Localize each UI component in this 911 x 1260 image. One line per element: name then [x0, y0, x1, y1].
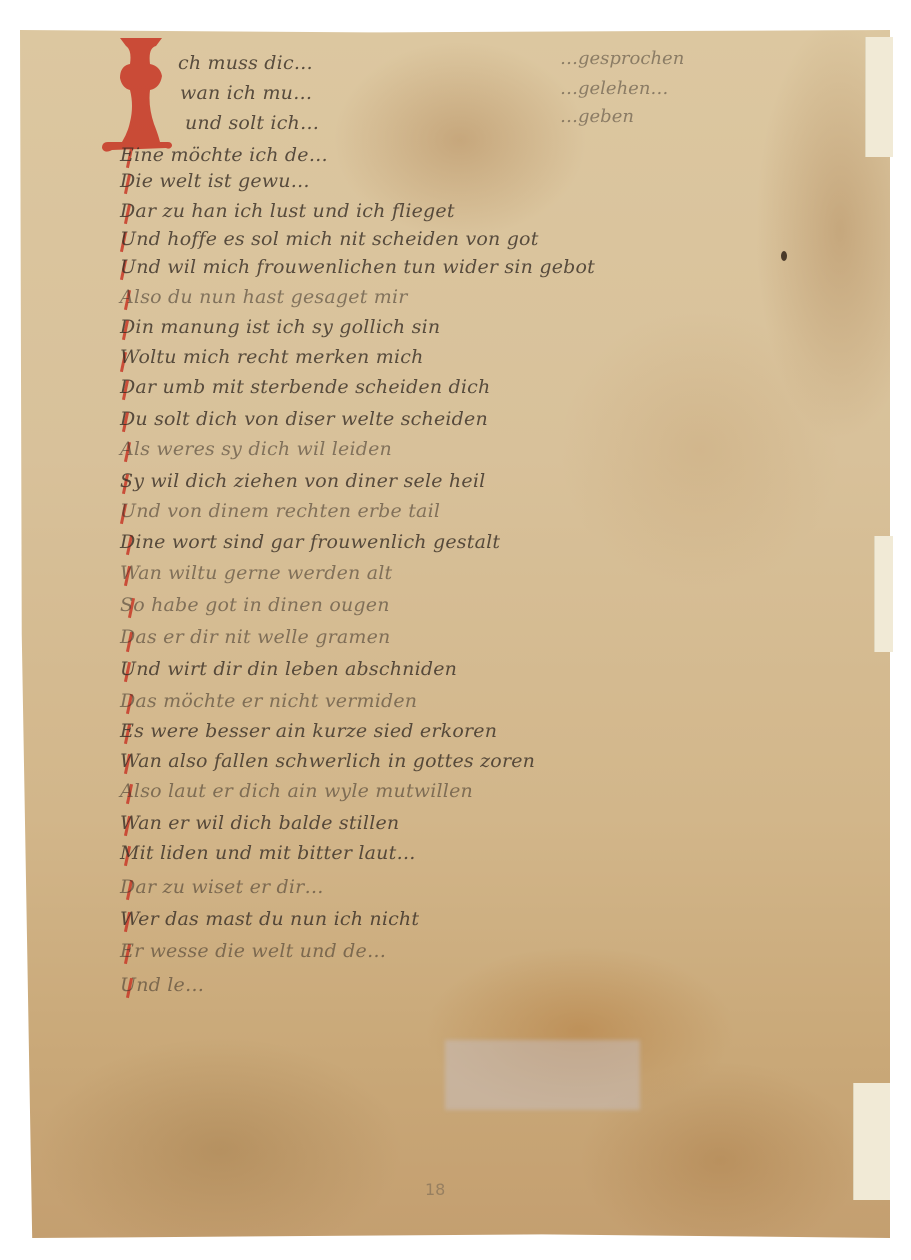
- parchment-hole: [781, 251, 787, 261]
- verse-line: wan ich mu…: [180, 82, 312, 108]
- verse-line: Also du nun hast gesaget mir: [120, 286, 408, 312]
- verse-line: Wer das mast du nun ich nicht: [120, 908, 419, 934]
- verse-line: Mit liden und mit bitter laut…: [120, 842, 416, 868]
- verse-line: Das möchte er nicht vermiden: [120, 690, 417, 716]
- paper-tab-middle: [874, 536, 893, 652]
- verse-line: Es were besser ain kurze sied erkoren: [120, 720, 497, 746]
- verse-line: Dar zu han ich lust und ich flieget: [120, 200, 455, 226]
- verse-line: ch muss dic…: [178, 52, 313, 78]
- verse-line: Wan er wil dich balde stillen: [120, 812, 399, 838]
- verse-line: Also laut er dich ain wyle mutwillen: [120, 780, 473, 806]
- folio-number: 18: [425, 1180, 445, 1199]
- header-right-line: …gesprochen: [560, 48, 684, 69]
- verse-line: Eine möchte ich de…: [120, 144, 328, 170]
- verse-line: und solt ich…: [185, 112, 319, 138]
- red-initial-I: [100, 36, 172, 156]
- verse-line: Wan wiltu gerne werden alt: [120, 562, 392, 588]
- verse-line: Und wil mich frouwenlichen tun wider sin…: [120, 256, 595, 282]
- verse-line: So habe got in dinen ougen: [120, 594, 390, 620]
- verse-line: Als weres sy dich wil leiden: [120, 438, 392, 464]
- verse-line: Dine wort sind gar frouwenlich gestalt: [120, 531, 500, 557]
- paper-tab-bottom: [853, 1083, 890, 1200]
- verse-line: Die welt ist gewu…: [120, 170, 310, 196]
- verse-line: Du solt dich von diser welte scheiden: [120, 408, 488, 434]
- verse-line: Und hoffe es sol mich nit scheiden von g…: [120, 228, 539, 254]
- verse-line: Dar zu wiset er dir…: [120, 876, 324, 902]
- header-right-line: …geben: [560, 106, 634, 127]
- verse-line: Sy wil dich ziehen von diner sele heil: [120, 470, 485, 496]
- verse-line: Und wirt dir din leben abschniden: [120, 658, 457, 684]
- water-stain: [445, 1040, 640, 1110]
- verse-line: Er wesse die welt und de…: [120, 940, 386, 966]
- header-right-line: …gelehen…: [560, 78, 668, 99]
- verse-line: Das er dir nit welle gramen: [120, 626, 390, 652]
- verse-line: Und le…: [120, 974, 204, 1000]
- verse-line: Woltu mich recht merken mich: [120, 346, 424, 372]
- verse-line: Wan also fallen schwerlich in gottes zor…: [120, 750, 535, 776]
- verse-line: Und von dinem rechten erbe tail: [120, 500, 440, 526]
- paper-tab-top: [865, 37, 893, 157]
- verse-line: Dar umb mit sterbende scheiden dich: [120, 376, 490, 402]
- verse-line: Din manung ist ich sy gollich sin: [120, 316, 440, 342]
